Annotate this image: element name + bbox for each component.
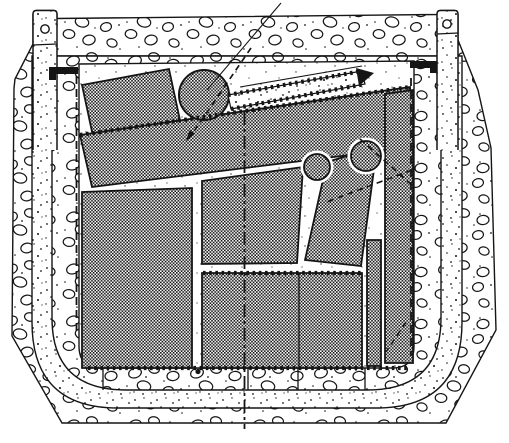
small-roller-right bbox=[351, 141, 381, 171]
center-upper-block bbox=[202, 167, 303, 264]
drawing-canvas bbox=[0, 0, 509, 443]
right-vertical-column bbox=[385, 90, 413, 363]
corner-post-left bbox=[33, 11, 57, 151]
small-roller-left bbox=[304, 154, 330, 180]
post-bolt-hole-left bbox=[41, 25, 49, 33]
corner-post-right bbox=[437, 11, 458, 151]
center-lower-block bbox=[202, 273, 362, 368]
weld-dot bbox=[195, 369, 200, 374]
narrow-vertical-bar bbox=[367, 240, 381, 366]
left-machine-block bbox=[82, 188, 192, 368]
technical-drawing bbox=[0, 0, 509, 443]
post-bolt-hole-right bbox=[443, 20, 451, 28]
